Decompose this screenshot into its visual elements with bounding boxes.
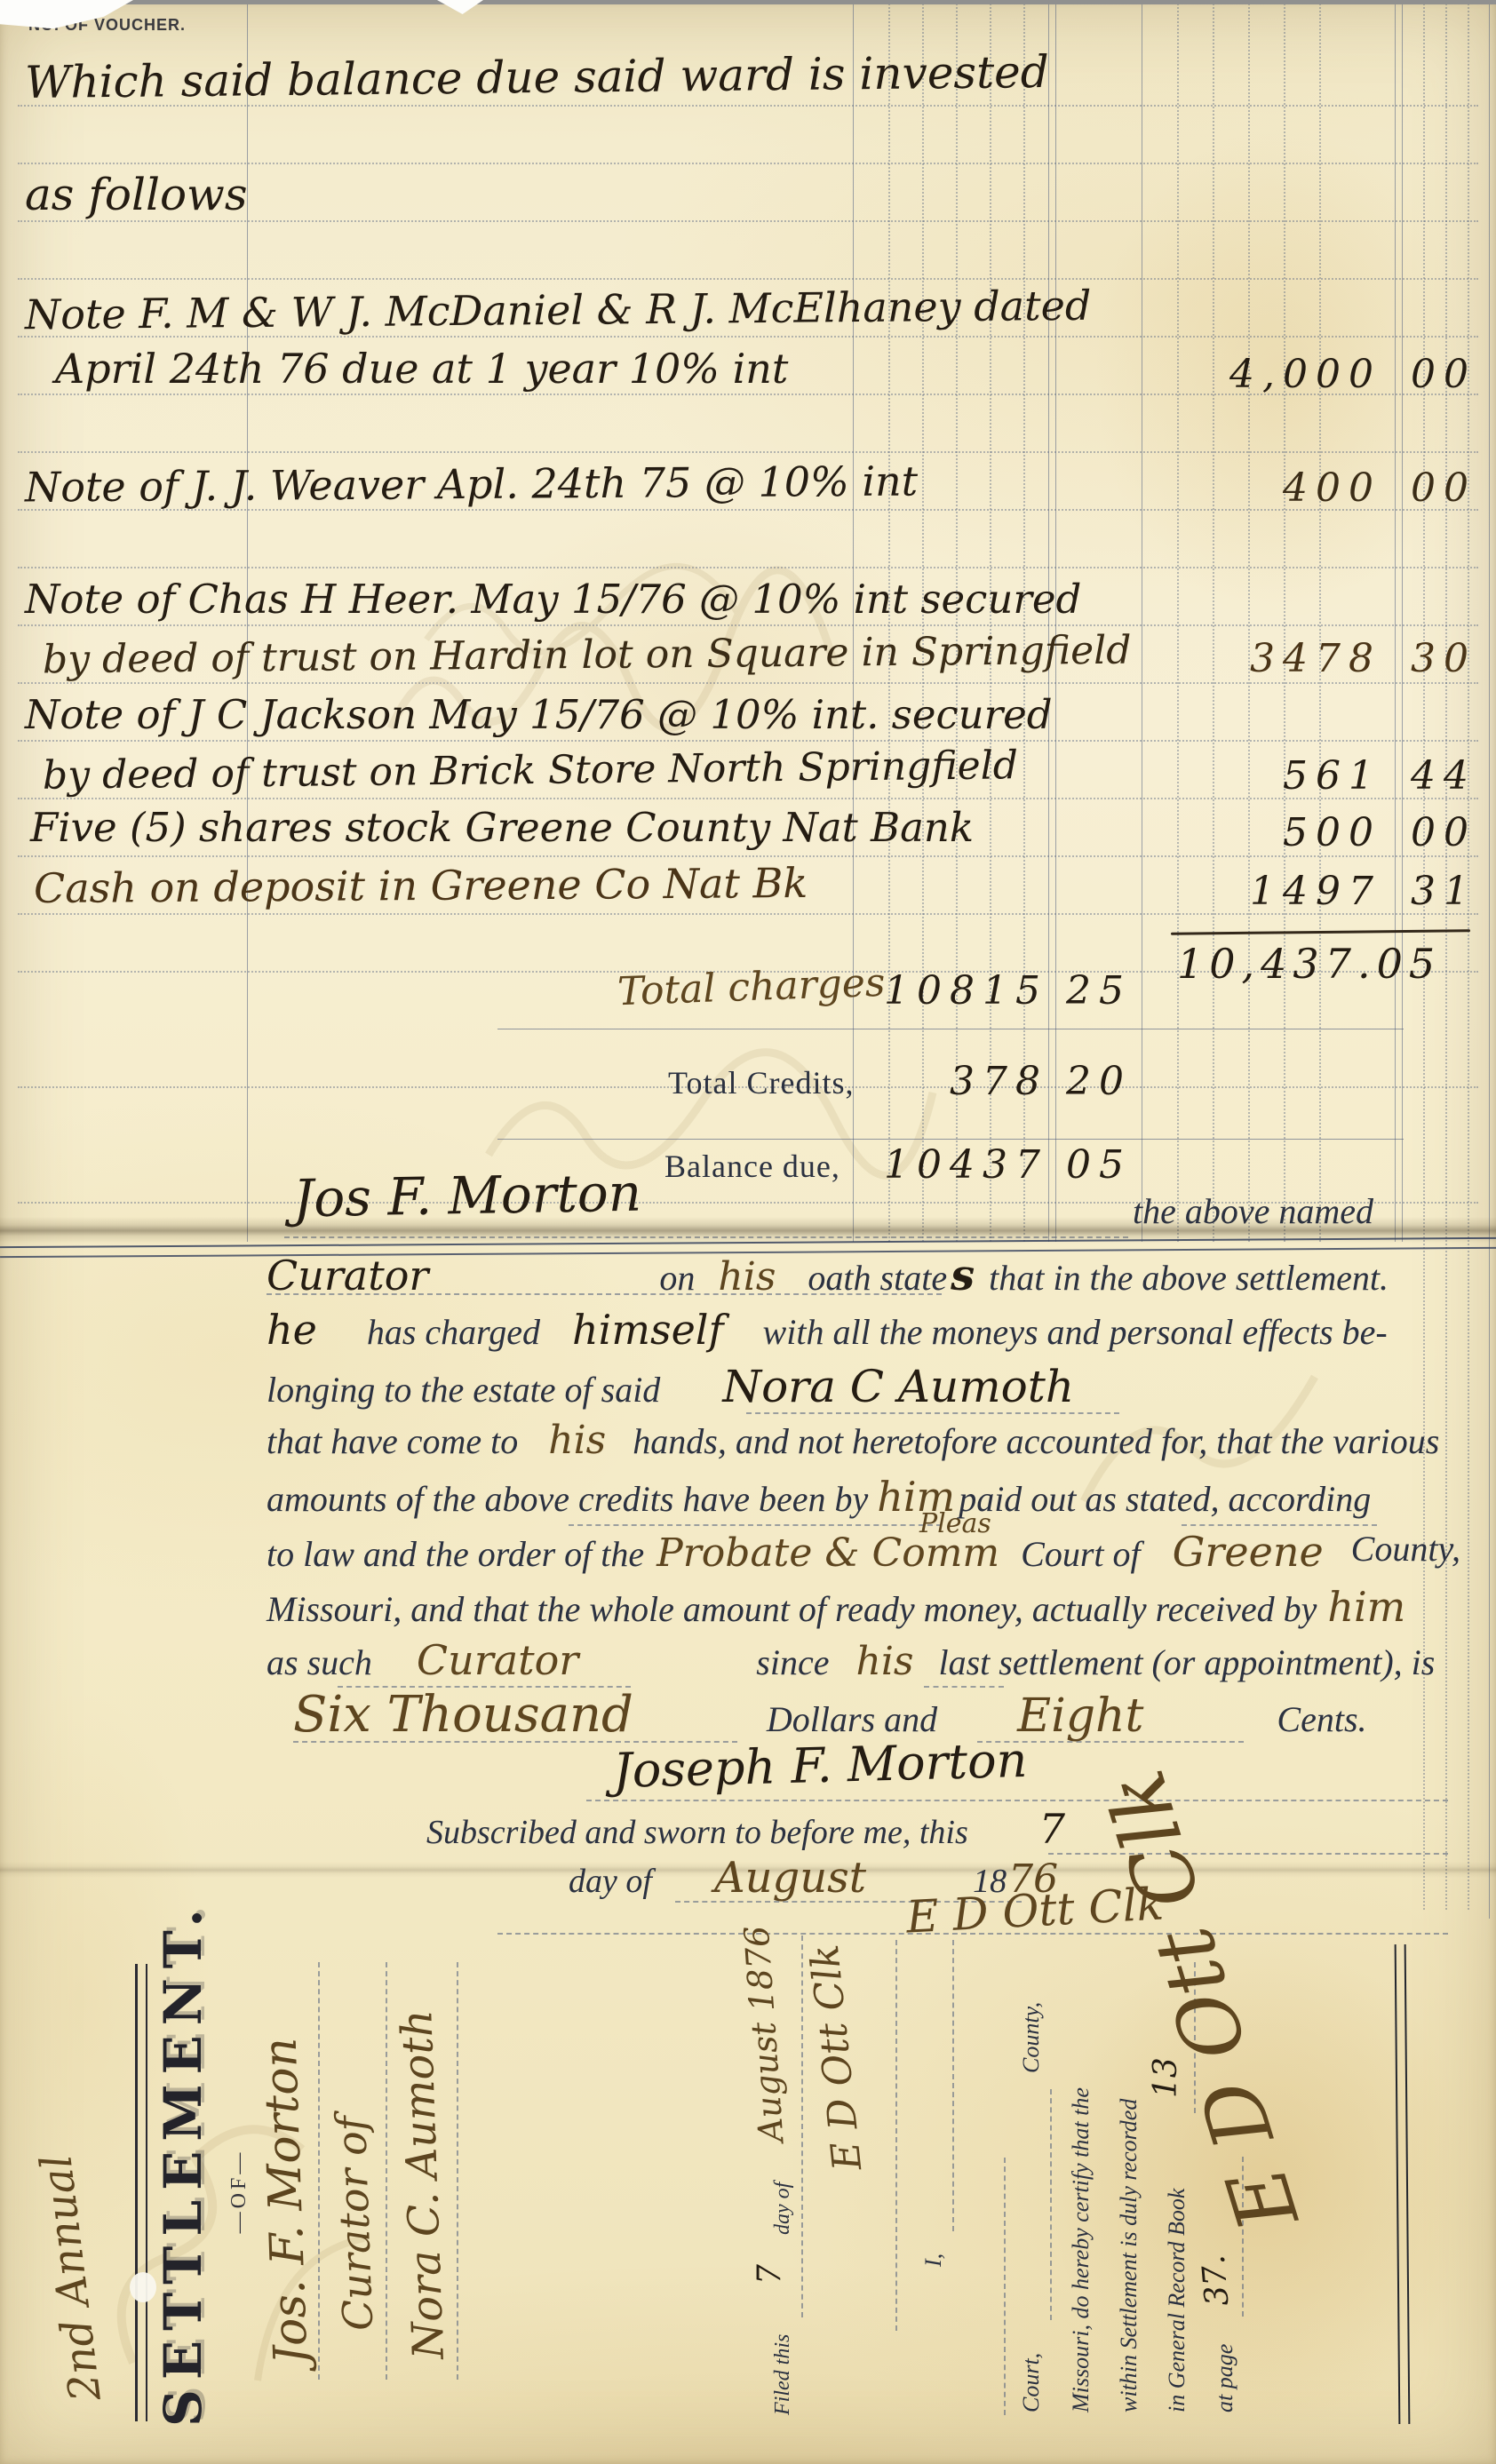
affidavit-print: as such — [267, 1641, 372, 1683]
entry-amount-cents: 30 — [1411, 636, 1476, 681]
docket-page-number: 37. — [1196, 2253, 1237, 2308]
ledger-money-column-line — [1177, 0, 1179, 1242]
total-credits-cents: 20 — [1066, 1059, 1132, 1104]
ledger-intro-line: Which said balance due said ward is inve… — [25, 46, 1049, 108]
ledger-writing-line — [18, 624, 1478, 626]
affidavit-line: longing to the estate of saidNora C Aumo… — [267, 1361, 1074, 1412]
affidavit-print: County, — [1351, 1528, 1460, 1570]
affidavit-print: to law and the order of the — [267, 1533, 644, 1575]
ledger-column-line — [1395, 0, 1396, 1242]
affidavit-line: Missouri, and that the whole amount of r… — [267, 1583, 1405, 1631]
ledger-column-line — [1489, 0, 1490, 1919]
ledger-entry-text: Note F. M & W J. McDaniel & R J. McElhan… — [25, 282, 1092, 338]
scan-edge — [0, 0, 1496, 4]
docket-title: SETTLEMENT. — [153, 1956, 213, 2427]
docket-bottom-rule — [1395, 1944, 1411, 2424]
entry-amount-dollars: 4,000 — [1146, 352, 1381, 397]
torn-notch — [437, 0, 483, 14]
affidavit-blank-line — [586, 1800, 1448, 1801]
ledger-entry-text: Note of J C Jackson May 15/76 @ 10% int.… — [25, 691, 1053, 738]
affidavit-line: that have come tohishands, and not heret… — [267, 1418, 1439, 1463]
blank-line — [1050, 2089, 1052, 2320]
docket-cert-line: within Settlement is duly recorded — [1116, 2099, 1142, 2412]
ledger-writing-line — [18, 451, 1478, 453]
affidavit-print: that in the above settlement. — [989, 1257, 1389, 1299]
entry-amount-cents: 00 — [1411, 465, 1476, 511]
hw-month: August — [714, 1853, 866, 1903]
entry-amount-dollars: 500 — [1146, 810, 1381, 855]
ledger-writing-line — [18, 740, 1478, 742]
affidavit-blank-line — [284, 1236, 1128, 1238]
ledger-entry-text: April 24th 76 due at 1 year 10% int — [55, 345, 788, 393]
docket-name: Jos. F. Morton — [254, 2037, 319, 2365]
ledger-margin-column-line — [1445, 0, 1447, 1910]
hw-fill: he — [267, 1306, 317, 1354]
blank-line — [457, 1962, 458, 2380]
ledger-writing-line — [18, 682, 1478, 684]
ledger-money-column-line — [1284, 0, 1285, 1242]
hw-fill: him — [1327, 1583, 1405, 1631]
paper-flaw-spot — [130, 2272, 156, 2302]
affidavit-line: as suchCuratorsincehislast settlement (o… — [267, 1636, 1435, 1684]
blank-line — [895, 1940, 897, 2331]
hw-fill: Curator — [267, 1252, 428, 1300]
hw-fill: his — [548, 1418, 606, 1463]
ledger-intro-line: as follows — [25, 169, 248, 220]
affidavit-print: since — [756, 1641, 829, 1683]
scanned-settlement-document: NO. OF VOUCHER. Which said balance due s… — [0, 0, 1496, 2464]
affidavit-line: amounts of the above credits have been b… — [267, 1473, 1371, 1521]
hw-cents-words: Eight — [1017, 1689, 1143, 1743]
affidavit-print: longing to the estate of said — [267, 1369, 660, 1411]
ledger-entry-text: Note of J. J. Weaver Apl. 24th 75 @ 10% … — [25, 457, 919, 511]
docket-dayof-label: day of — [771, 2182, 795, 2235]
docket-cert-line: in General Record Book — [1164, 2189, 1190, 2412]
hw-fill: Curator — [417, 1636, 578, 1684]
affidavit-blank-line — [746, 1412, 1119, 1414]
affidavit-print: last settlement (or appointment), is — [938, 1641, 1435, 1683]
affidavit-print: Court of — [1021, 1533, 1140, 1575]
hw-amount-words: Six Thousand — [293, 1686, 633, 1744]
totals-rule — [497, 1029, 1404, 1029]
entry-amount-dollars: 3478 — [1146, 636, 1381, 681]
total-charges-cents: 25 — [1066, 968, 1132, 1013]
affidavit-line: Six ThousandDollars andEightCents. — [293, 1686, 1367, 1744]
docket-county-label: County, — [1018, 2002, 1045, 2073]
affidavit-print: Dollars and — [767, 1698, 937, 1740]
affidavit-print: day of — [569, 1862, 652, 1901]
docket-clerk-signature: E D Ott Clk — [802, 1943, 871, 2173]
affidavit-print: paid out as stated, according — [959, 1478, 1371, 1520]
ledger-money-column-line — [1319, 0, 1321, 1242]
affidavit-line: to law and the order of theProbate & Com… — [267, 1528, 1460, 1576]
affidavit-line: Curatoronhisoath statesthat in the above… — [267, 1251, 1389, 1300]
affidavit-line: hehas chargedhimselfwith all the moneys … — [267, 1306, 1388, 1354]
ledger-writing-line — [18, 220, 1478, 222]
affidavit-blank-line — [569, 1524, 942, 1526]
affidavit-print: Subscribed and sworn to before me, this — [426, 1813, 968, 1852]
docket-i-label: I, — [920, 2253, 947, 2267]
affidavit-print: that have come to — [267, 1420, 518, 1462]
affidavit-print: has charged — [367, 1311, 540, 1353]
affidavit-print: amounts of the above credits have been b… — [267, 1478, 868, 1520]
ledger-writing-line — [18, 163, 1478, 164]
hw-fill: his — [718, 1254, 776, 1300]
entry-amount-cents: 44 — [1411, 753, 1476, 799]
entry-amount-dollars: 400 — [1146, 465, 1381, 511]
docket-curator-of: Curator of — [327, 2115, 382, 2331]
entry-amount-dollars: 561 — [1146, 753, 1381, 799]
affidavit-print: with all the moneys and personal effects… — [763, 1311, 1388, 1353]
docket-title-rule — [135, 1964, 147, 2421]
ledger-money-column-line — [1248, 0, 1250, 1242]
balance-due-dollars: 10437 — [800, 1142, 1048, 1188]
docket-cert-line: Missouri, do hereby certify that the — [1068, 2087, 1094, 2412]
entry-amount-dollars: 1497 — [1146, 869, 1381, 914]
docket-filed-label: Filed this — [771, 2334, 795, 2415]
ledger-column-line — [1402, 0, 1403, 1242]
ledger-writing-line — [18, 278, 1478, 280]
balance-due-cents: 05 — [1066, 1142, 1132, 1188]
ledger-entry-text: Cash on deposit in Greene Co Nat Bk — [34, 859, 808, 912]
affidavit-signature: Joseph F. Morton — [612, 1732, 1028, 1799]
affidavit-print: Cents. — [1277, 1698, 1366, 1740]
blank-line — [318, 1962, 320, 2380]
affidavit-print: Missouri, and that the whole amount of r… — [267, 1588, 1317, 1630]
hw-fill: Greene — [1173, 1528, 1324, 1576]
hw-fill: s — [951, 1251, 975, 1300]
entry-amount-cents: 00 — [1411, 810, 1476, 855]
ledger-writing-line — [18, 855, 1478, 857]
ledger-margin-column-line — [1468, 0, 1469, 1910]
total-credits-dollars: 378 — [800, 1059, 1048, 1104]
affidavit-blank-line — [1182, 1524, 1377, 1526]
ledger-entry-text: by deed of trust on Hardin lot on Square… — [43, 628, 1132, 683]
total-charges-dollars: 10815 — [800, 968, 1048, 1013]
totals-rule — [497, 1139, 1404, 1140]
affidavit-print: hands, and not heretofore accounted for,… — [633, 1420, 1439, 1462]
hw-day-number: 7 — [1039, 1805, 1065, 1853]
ledger-entry-text: Note of Chas H Heer. May 15/76 @ 10% int… — [25, 576, 1081, 623]
blank-line — [1004, 2158, 1006, 2415]
docket-rotated-content: 2nd Annual SETTLEMENT. —OF— Jos. F. Mort… — [0, 1935, 1496, 2464]
entry-amount-cents: 31 — [1411, 869, 1476, 914]
affidavit-print: the above named — [1133, 1190, 1373, 1232]
ledger-money-column-line — [1213, 0, 1214, 1242]
blank-line — [952, 1940, 954, 2231]
hw-fill: Probate & Comm — [656, 1530, 999, 1576]
ledger-column-line — [1142, 0, 1142, 1242]
affidavit-print: oath state — [808, 1257, 947, 1299]
ledger-entry-text: by deed of trust on Brick Store North Sp… — [43, 743, 1018, 798]
affidavit-name: Jos F. Morton — [292, 1163, 641, 1229]
ledger-sum-total: 10,437.05 — [1177, 940, 1441, 988]
hw-fill: himself — [572, 1306, 724, 1354]
hw-fill: his — [855, 1639, 913, 1684]
docket-ward: Nora C. Aumoth — [392, 2009, 454, 2360]
docket-of-label: —OF— — [227, 1956, 251, 2427]
ledger-writing-line — [18, 567, 1478, 568]
affidavit-line: Subscribed and sworn to before me, this7 — [426, 1805, 1065, 1853]
ledger-entry-text: Five (5) shares stock Greene County Nat … — [30, 804, 974, 851]
blank-line — [386, 1962, 387, 2380]
hw-fill: Nora C Aumoth — [722, 1361, 1074, 1412]
docket-atpage-label: at page — [1212, 2344, 1238, 2412]
docket-annual: 2nd Annual — [31, 2152, 111, 2404]
entry-amount-cents: 00 — [1411, 352, 1476, 397]
blank-line — [801, 1935, 803, 2317]
docket-filed-day: 7 — [752, 2264, 788, 2285]
affidavit-print: on — [659, 1257, 695, 1299]
docket-court-label: Court, — [1018, 2353, 1045, 2412]
docket-panel: 2nd Annual SETTLEMENT. —OF— Jos. F. Mort… — [0, 1935, 1496, 2464]
docket-filed-date: August 1876 — [737, 1924, 792, 2143]
